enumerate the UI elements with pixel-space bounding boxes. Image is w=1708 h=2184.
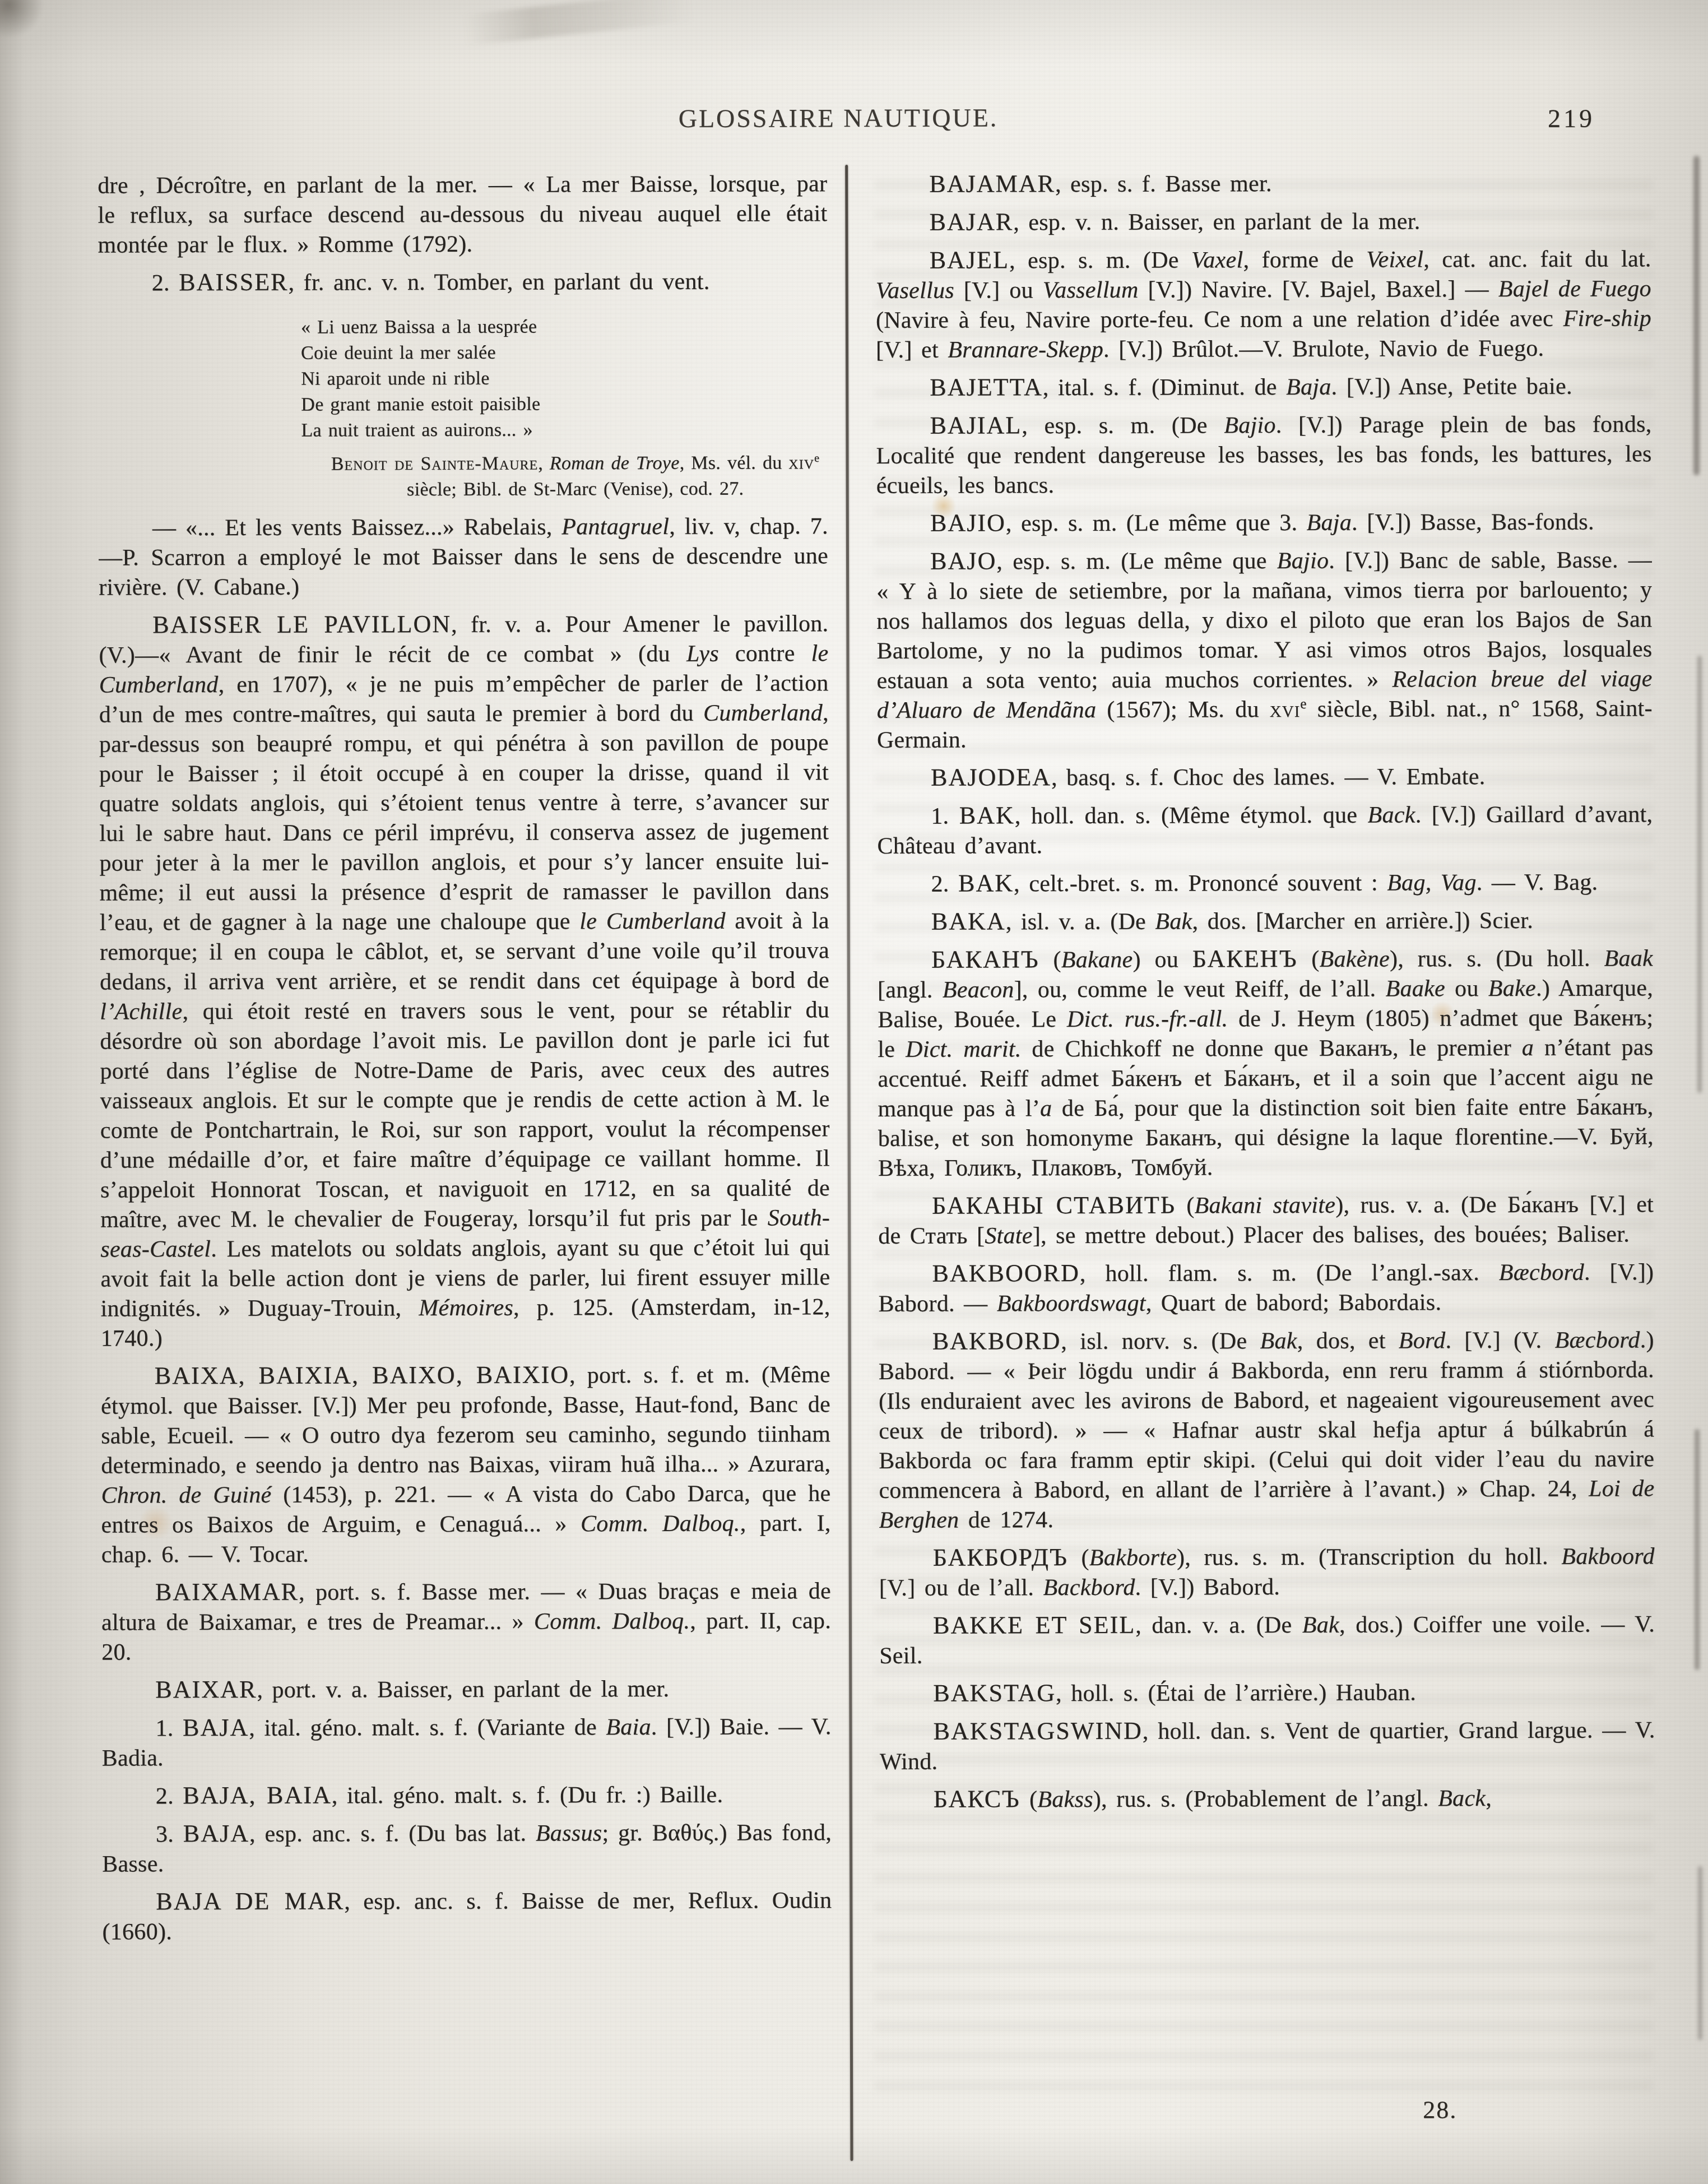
dictionary-entry-paragraph: BAJAR, esp. v. n. Baisser, en parlant de… [875, 205, 1651, 238]
text-segment: Bakboord [1561, 1543, 1655, 1569]
text-segment: Back [1438, 1786, 1486, 1811]
text-segment: 2. [156, 1783, 183, 1809]
text-segment: BAIXAR [155, 1676, 257, 1703]
text-segment: Fire-ship [1563, 305, 1651, 331]
dictionary-entry-paragraph: 2. BAJA, BAIA, ital. géno. malt. s. f. (… [102, 1779, 832, 1811]
text-segment: , fr. anc. v. n. Tomber, en parlant du v… [288, 269, 709, 296]
text-segment: BAJEL [930, 246, 1009, 273]
text-segment: 1. [931, 804, 959, 829]
text-segment: BAJIO [930, 509, 1006, 536]
text-segment: 2. [152, 270, 179, 296]
dictionary-entry-paragraph: 2. BAISSER, fr. anc. v. n. Tomber, en pa… [98, 266, 828, 298]
text-segment: , par-dessus son beaupré rompu, et qui p… [99, 700, 829, 935]
signature-mark: 28. [1423, 2095, 1457, 2124]
text-segment: , esp. anc. s. f. (Du bas lat. [249, 1820, 536, 1847]
dictionary-entry-paragraph: BAKA, isl. v. a. (De Bak, dos. [Marcher … [878, 905, 1653, 938]
text-segment: ) ou [1133, 947, 1192, 972]
text-segment: xiv [788, 452, 814, 473]
text-segment: БАКЕНЪ [1192, 945, 1298, 972]
dictionary-entry-paragraph: BAKBORD, isl. norv. s. (De Bak, dos, et … [879, 1324, 1655, 1536]
text-segment: ou [1445, 976, 1488, 1001]
text-segment: BAKA [931, 907, 1006, 935]
text-segment: ( [1176, 1193, 1195, 1218]
text-segment: ), rus. s. (Probablement de l’angl. [1093, 1786, 1438, 1812]
text-segment: BAKKE ET SEIL [933, 1611, 1135, 1639]
text-segment: ), rus. s. (Du holl. [1390, 945, 1604, 972]
text-segment: Lys [686, 641, 719, 667]
text-segment: a [1522, 1035, 1534, 1061]
text-segment: BAJIAL [930, 411, 1022, 439]
text-segment: ], ou, comme le veut Reiff, de l’all. [1014, 976, 1385, 1003]
dictionary-entry-paragraph: BAJIAL, esp. s. m. (De Bajio. [V.]) Para… [876, 409, 1651, 501]
text-segment: Pantagruel [561, 514, 669, 540]
dictionary-entry-paragraph: BAJAMAR, esp. s. f. Basse mer. [875, 167, 1651, 200]
text-segment: ), rus. s. m. (Transcription du holl. [1177, 1544, 1561, 1571]
verse-line: De grant manie estoit paisible [301, 391, 828, 418]
text-segment: , ital. géno. malt. s. f. (Du fr. :) Bai… [332, 1782, 723, 1809]
text-segment: le Cumberland [579, 908, 726, 935]
text-segment: BAJAMAR [929, 170, 1055, 198]
dictionary-entry-paragraph: БАКСЪ (Bakss), rus. s. (Probablement de … [880, 1782, 1655, 1815]
text-segment: , port. v. a. Baisser, en parlant de la … [257, 1676, 669, 1703]
text-segment: — «... Et les vents Baissez...» Rabelais… [152, 514, 562, 541]
page-number: 219 [1548, 104, 1595, 133]
text-segment: BAJA [183, 1714, 249, 1741]
dictionary-entry-paragraph: — «... Et les vents Baissez...» Rabelais… [99, 512, 828, 602]
text-segment: Bakss [1037, 1787, 1093, 1812]
dictionary-entry-paragraph: BAJODEA, basq. s. f. Choc des lames. — V… [877, 761, 1653, 794]
text-segment: , esp. s. f. Basse mer. [1055, 171, 1272, 197]
dictionary-entry-paragraph: BAJA DE MAR, esp. anc. s. f. Baisse de m… [102, 1885, 832, 1947]
text-segment: . [V.]) Brûlot.—V. Brulote, Navio de Fue… [1103, 336, 1544, 363]
text-segment: (1567); Ms. du [1096, 697, 1270, 723]
text-segment: BAK [959, 801, 1015, 829]
text-segment: Baia [606, 1714, 651, 1740]
dictionary-entry-paragraph: BAKKE ET SEIL, dan. v. a. (De Bak, dos.)… [879, 1608, 1655, 1671]
running-title: GLOSSAIRE NAUTIQUE. [679, 103, 999, 133]
page-content: GLOSSAIRE NAUTIQUE. 219 dre , Décroître,… [0, 0, 1708, 2184]
text-segment: [V.] ou de l’all. [879, 1575, 1043, 1601]
text-segment: . [V.]) Basse, Bas-fonds. [1352, 509, 1594, 536]
text-segment: Vaxel [1191, 247, 1243, 273]
text-segment: BAJO [930, 547, 996, 574]
text-segment: , dos. [Marcher en arrière.]) Scier. [1192, 908, 1533, 935]
text-segment: , dos, et [1297, 1328, 1399, 1353]
text-segment: BAKBORD [932, 1327, 1061, 1355]
text-segment: Veixel [1366, 247, 1423, 272]
text-segment: e [814, 452, 819, 465]
text-segment: , cat. anc. fait du lat. [1423, 246, 1651, 272]
text-segment: BAIXAMAR [155, 1578, 299, 1606]
dictionary-entry-paragraph: BAIXA, BAIXIA, BAIXO, BAIXIO, port. s. f… [101, 1359, 831, 1570]
dictionary-entry-paragraph: BAIXAR, port. v. a. Baisser, en parlant … [101, 1673, 831, 1705]
text-segment: , celt.-bret. s. m. Prononcé souvent : [1014, 870, 1387, 897]
text-segment: BAJA [183, 1820, 249, 1847]
text-segment: Dict. marit. [906, 1036, 1022, 1063]
verse-line: Coie deuint la mer salée [301, 339, 828, 366]
text-segment: de 1274. [959, 1507, 1053, 1533]
dictionary-entry-paragraph: БАКАНЫ СТАВИТЬ (Bakani stavite), rus. v.… [878, 1189, 1654, 1251]
text-segment: , holl. dan. s. (Même étymol. que [1015, 803, 1368, 829]
dictionary-entry-paragraph: 1. BAK, holl. dan. s. (Même étymol. que … [877, 799, 1653, 861]
text-segment: Bakane [1061, 947, 1133, 973]
text-segment: , ital. géno. malt. s. f. (Variante de [249, 1714, 606, 1741]
dictionary-entry-paragraph: dre , Décroître, en parlant de la mer. —… [98, 169, 827, 260]
text-segment: BAISSER LE PAVILLON [152, 610, 451, 638]
text-segment: Roman de Troye [550, 453, 680, 474]
text-segment: siècle; Bibl. de St-Marc (Venise), cod. … [407, 479, 744, 500]
column-divider-rule [845, 165, 853, 2161]
text-segment: dre , Décroître, en parlant de la mer. —… [98, 171, 827, 258]
text-segment: Dict. rus.-fr.-all. [1067, 1006, 1228, 1032]
text-segment: , esp. v. n. Baisser, en parlant de la m… [1013, 208, 1420, 235]
text-segment: Vassellum [1043, 277, 1139, 303]
left-text-column: dre , Décroître, en parlant de la mer. —… [98, 169, 832, 2155]
text-segment: , [538, 453, 550, 474]
text-segment: , [1486, 1786, 1492, 1811]
text-segment: ( [1020, 1787, 1038, 1812]
text-segment: Comm. Dalboq. [581, 1511, 740, 1537]
text-segment: 2. [931, 871, 958, 897]
text-segment: Bake [1488, 976, 1536, 1001]
text-segment: , isl. v. a. (De [1006, 909, 1155, 935]
text-segment: , holl. flam. s. m. (De l’angl.-sax. [1080, 1260, 1499, 1287]
text-segment: , dan. v. a. (De [1135, 1612, 1302, 1639]
text-segment: , forme de [1243, 247, 1366, 273]
text-segment: [V.] et [876, 337, 948, 363]
dictionary-entry-paragraph: BAJIO, esp. s. m. (Le même que 3. Baja. … [876, 506, 1652, 539]
text-segment: 3. [156, 1821, 183, 1847]
text-segment: e [1300, 697, 1307, 712]
dictionary-entry-paragraph: BAJEL, esp. s. m. (De Vaxel, forme de Ve… [876, 243, 1652, 365]
verse-line: « Li uenz Baissa a la uesprée [301, 313, 828, 340]
text-segment: Baak [1604, 945, 1653, 971]
text-segment: [V.] ou [954, 277, 1043, 303]
text-segment: contre [719, 641, 811, 666]
text-segment: Bajio [1224, 412, 1276, 438]
text-segment: Benoit de Sainte-Maure [331, 453, 539, 474]
text-segment: Baja [1306, 510, 1352, 536]
text-segment: , isl. norv. s. (De [1061, 1328, 1260, 1355]
dictionary-entry-paragraph: BAISSER LE PAVILLON, fr. v. a. Pour Amen… [99, 608, 830, 1353]
text-segment: Baake [1385, 976, 1445, 1001]
text-segment: BAISSER [179, 268, 288, 296]
dictionary-entry-paragraph: BAJO, esp. s. m. (Le même que Bajio. [V.… [876, 544, 1653, 755]
verse-line: Ni aparoit unde ni rible [301, 365, 828, 392]
text-segment: BAKSTAGSWIND [933, 1717, 1142, 1745]
dictionary-entry-paragraph: 2. BAK, celt.-bret. s. m. Prononcé souve… [877, 866, 1653, 899]
text-segment: Bak [1302, 1612, 1339, 1638]
text-segment: . [V.]) Babord. [1135, 1574, 1280, 1601]
dictionary-entry-paragraph: БАКАНЪ (Bakane) ou БАКЕНЪ (Bakène), rus.… [878, 943, 1654, 1184]
text-segment: Back [1368, 802, 1415, 828]
text-segment: BAJA DE MAR [156, 1887, 344, 1915]
dictionary-entry-paragraph: БАКБОРДЪ (Bakborte), rus. s. m. (Transcr… [879, 1541, 1655, 1603]
text-segment: . [V.] (V. [1445, 1328, 1554, 1354]
text-segment: [angl. [878, 977, 943, 1003]
text-segment: Bak [1260, 1328, 1297, 1354]
text-segment: BAJODEA [931, 763, 1051, 791]
text-segment: , basq. s. f. Choc des lames. — V. Embat… [1051, 764, 1486, 791]
text-segment: , Ms. vél. du [680, 452, 789, 474]
text-segment: Bakboordswagt [997, 1291, 1146, 1317]
text-segment: BAKSTAG [933, 1679, 1056, 1707]
text-segment: de Chichkoff ne donne que Ваканъ, le pre… [1021, 1035, 1521, 1062]
text-segment: BAJAR [929, 208, 1013, 235]
text-segment: Bæcbord [1499, 1260, 1584, 1286]
text-segment: Chron. de Guiné [101, 1482, 271, 1509]
text-segment: Cumberland [703, 700, 823, 726]
text-segment: , esp. s. m. (De [1009, 247, 1191, 273]
text-segment: , Quart de babord; Babordais. [1146, 1290, 1442, 1316]
text-segment: [V.]) Navire. [V. Bajel, Baxel.] — [1138, 276, 1498, 303]
text-segment: (Navire à feu, Navire porte-feu. Ce nom … [876, 306, 1563, 333]
text-segment: . — V. Bag. [1477, 870, 1598, 896]
text-segment: a [1040, 1096, 1052, 1121]
source-citation: Benoit de Sainte-Maure, Roman de Troye, … [99, 450, 828, 503]
dictionary-entry-paragraph: BAKSTAG, holl. s. (Étai de l’arrière.) H… [879, 1676, 1655, 1709]
text-segment: Bajio [1277, 548, 1329, 574]
text-segment: БАКСЪ [934, 1785, 1020, 1812]
text-segment: БАКАНЪ [931, 945, 1039, 973]
text-segment: Beacon [943, 977, 1014, 1003]
dictionary-entry-paragraph: 3. BAJA, esp. anc. s. f. (Du bas lat. Ba… [102, 1817, 832, 1879]
text-segment: Bak [1155, 908, 1192, 934]
text-segment: ], se mettre debout.) Placer des balises… [1033, 1221, 1630, 1249]
text-segment: ( [1068, 1545, 1089, 1571]
right-text-column: BAJAMAR, esp. s. f. Basse mer.BAJAR, esp… [875, 167, 1656, 2153]
text-segment: BAIXA, BAIXIA, BAIXO, BAIXIO [155, 1361, 569, 1389]
text-segment: , esp. s. m. (Le même que 3. [1006, 510, 1307, 536]
text-segment: Brannare-Skepp [948, 337, 1103, 363]
text-segment: Bag, Vag [1387, 870, 1477, 896]
text-segment: , holl. s. (Étai de l’arrière.) Hauban. [1056, 1680, 1416, 1707]
text-segment: Bakani stavite [1194, 1193, 1335, 1219]
text-segment: Baja [1286, 374, 1331, 400]
text-segment: , qui étoit resté en travers sous le ven… [100, 997, 830, 1232]
text-segment: , esp. s. m. (De [1022, 412, 1224, 439]
text-segment: БАКАНЫ СТАВИТЬ [932, 1191, 1176, 1219]
text-segment: BAJETTA [930, 373, 1043, 401]
text-segment: Bassus [536, 1820, 602, 1846]
scanned-book-page: GLOSSAIRE NAUTIQUE. 219 dre , Décroître,… [0, 0, 1708, 2184]
text-segment: BAKBOORD [932, 1259, 1080, 1287]
verse-line: La nuit traient as auirons... » [301, 416, 828, 443]
text-segment: Mémoires [419, 1295, 513, 1321]
text-segment: Bakborte [1089, 1545, 1177, 1570]
text-segment: BAJA, BAIA [183, 1781, 332, 1809]
text-segment: , ital. s. f. (Diminut. de [1043, 374, 1286, 401]
text-segment: Bord [1399, 1328, 1446, 1353]
dictionary-entry-paragraph: 1. BAJA, ital. géno. malt. s. f. (Varian… [101, 1711, 831, 1773]
text-segment: ( [1039, 947, 1061, 973]
text-segment: 1. [155, 1715, 183, 1741]
dictionary-entry-paragraph: BAKBOORD, holl. flam. s. m. (De l’angl.-… [878, 1256, 1654, 1319]
text-segment: , esp. s. m. (Le même que [996, 548, 1277, 574]
text-segment: Bakène [1319, 946, 1390, 972]
text-segment: Bajel de Fuego [1498, 276, 1651, 302]
dictionary-entry-paragraph: BAJETTA, ital. s. f. (Diminut. de Baja. … [876, 370, 1651, 404]
text-segment: Backbord [1043, 1575, 1135, 1601]
dictionary-entry-paragraph: BAKSTAGSWIND, holl. dan. s. Vent de quar… [879, 1714, 1655, 1777]
text-segment: Bæcbord [1554, 1327, 1640, 1353]
dictionary-entry-paragraph: BAIXAMAR, port. s. f. Basse mer. — « Dua… [101, 1575, 831, 1667]
text-segment: . [V.]) Anse, Petite baie. [1331, 374, 1572, 400]
text-segment: BAK [958, 869, 1014, 897]
text-segment: ( [1298, 947, 1320, 972]
text-segment: Comm. Dalboq. [534, 1608, 690, 1635]
text-segment: xvi [1270, 697, 1301, 722]
text-segment: State [985, 1223, 1033, 1249]
text-segment: Vasellus [876, 278, 954, 304]
text-segment: l’Achille [100, 999, 182, 1024]
verse-quotation: « Li uenz Baissa a la uespréeCoie deuint… [301, 313, 828, 443]
text-segment: БАКБОРДЪ [933, 1543, 1068, 1571]
